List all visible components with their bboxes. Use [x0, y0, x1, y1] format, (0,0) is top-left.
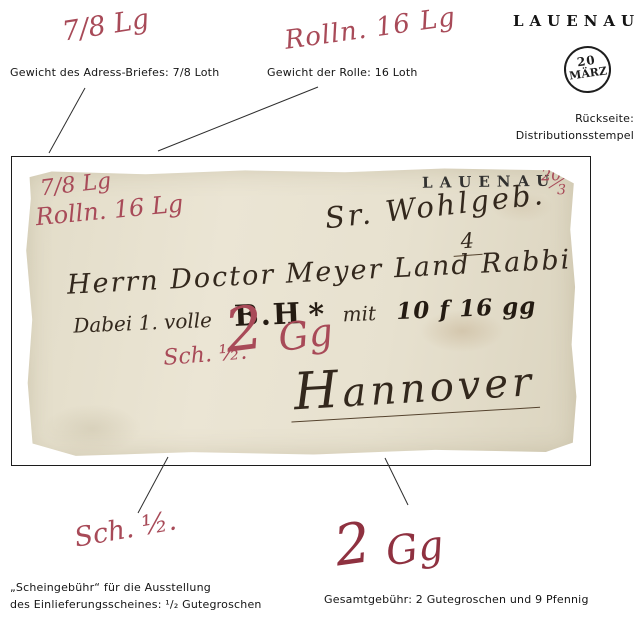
weight-roll-script: Rolln. 16 Lg [283, 2, 458, 56]
backside-label-line1: Rückseite: [516, 110, 634, 127]
callout-line-top-left [49, 88, 85, 153]
date-stamp: 20 MÄRZ [561, 43, 614, 96]
address-name: Herrn Doctor Meyer Land Rabbiner [66, 242, 624, 301]
total-fee-script: 2 Gg [331, 505, 451, 598]
weight-letter-script: 7/8 Lg [60, 3, 151, 47]
backside-label: Rückseite: Distributionsstempel [516, 110, 634, 144]
callout-line-top-center [158, 87, 318, 151]
weight-letter-label: Gewicht des Adress-Briefes: 7/8 Loth [10, 66, 219, 79]
total-fee-label: Gesamtgebühr: 2 Gutegroschen und 9 Pfenn… [324, 593, 589, 606]
content-mid: mit [342, 301, 376, 326]
schein-fee-label-line1: „Scheingebühr“ für die Ausstellung [10, 579, 262, 596]
destination-name: Hannover [289, 359, 541, 423]
cover-frame: 7/8 Lg Rolln. 16 Lg LAUENAU 20 3 Sr. Woh… [11, 156, 591, 466]
content-value: 10 f 16 gg [396, 292, 537, 325]
postmark-date: 20 3 [541, 165, 577, 201]
backside-label-line2: Distributionsstempel [516, 127, 634, 144]
total-fee-script-unit: Gg [383, 525, 446, 573]
postmark-date-month: 3 [557, 182, 566, 198]
content-prefix: Dabei 1. volle [73, 308, 213, 338]
schein-fee-label: „Scheingebühr“ für die Ausstellung des E… [10, 579, 262, 613]
town-heading: LAUENAU [513, 12, 638, 30]
cover-total-fee-unit: Gg [276, 312, 335, 357]
total-fee-script-number: 2 [331, 515, 374, 575]
schein-fee-script: Sch. ½. [72, 505, 179, 553]
schein-fee-label-line2: des Einlieferungsscheines: ¹/₂ Gutegrosc… [10, 596, 262, 613]
cover-paper: 7/8 Lg Rolln. 16 Lg LAUENAU 20 3 Sr. Woh… [24, 166, 579, 458]
philatelic-figure: 7/8 Lg Gewicht des Adress-Briefes: 7/8 L… [0, 0, 638, 617]
weight-roll-label: Gewicht der Rolle: 16 Loth [267, 66, 418, 79]
cover-total-fee-number: 2 [221, 297, 267, 361]
